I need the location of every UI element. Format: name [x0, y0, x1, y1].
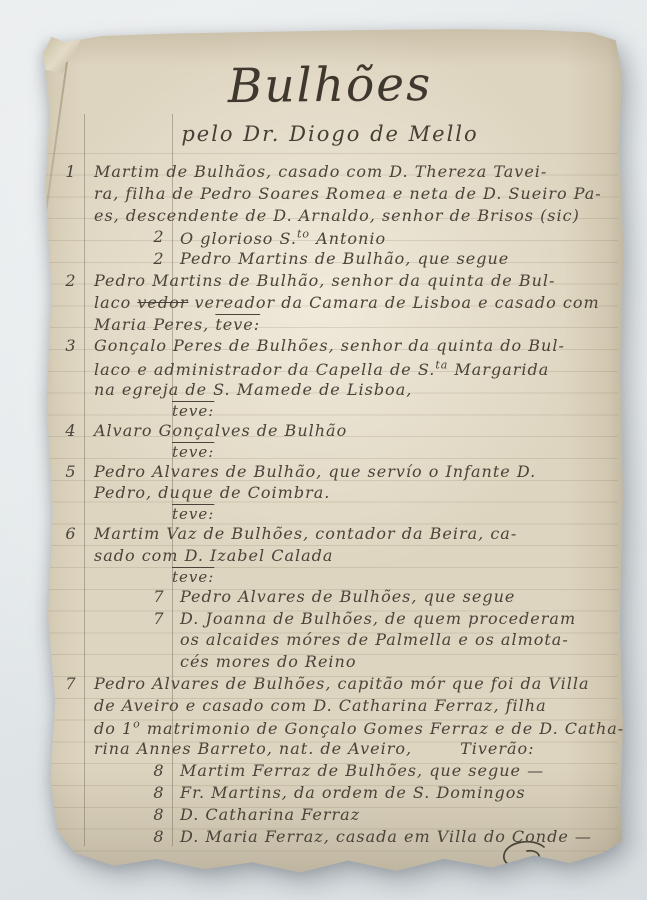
manuscript-line: de Aveiro e casado com D. Catharina Ferr…	[58, 696, 614, 718]
entry-number: 7	[146, 587, 172, 606]
entry-number: 3	[58, 336, 84, 355]
line-text: Martim de Bulhãos, casado com D. Thereza…	[94, 162, 547, 181]
photo-background: Bulhões pelo Dr. Diogo de Mello 1Martim …	[0, 0, 647, 900]
manuscript-line: 2Pedro Martins de Bulhão, senhor da quin…	[58, 271, 614, 293]
manuscript-line: 7Pedro Alvares de Bulhões, capitão mór q…	[58, 674, 614, 696]
manuscript-line: teve:	[58, 443, 614, 462]
manuscript-line: 4Alvaro Gonçalves de Bulhão	[58, 421, 614, 443]
manuscript-line: 2O glorioso S.to Antonio	[58, 227, 614, 249]
manuscript-line: 5Pedro Alvares de Bulhão, que servío o I…	[58, 462, 614, 484]
entry-number: 8	[146, 761, 172, 780]
line-text: Pedro Alvares de Bulhões, que segue	[180, 587, 515, 606]
manuscript-line: 2Pedro Martins de Bulhão, que segue	[58, 249, 614, 271]
line-text: O glorioso S.to Antonio	[180, 229, 386, 248]
page-subtitle: pelo Dr. Diogo de Mello	[30, 122, 630, 146]
line-text: es, descendente de D. Arnaldo, senhor de…	[94, 206, 580, 225]
entry-number: 2	[146, 249, 172, 268]
line-text: D. Catharina Ferraz	[180, 805, 360, 824]
manuscript-line: cés mores do Reino	[58, 652, 614, 674]
manuscript-line: 6Martim Vaz de Bulhões, contador da Beir…	[58, 524, 614, 546]
line-text: rina Annes Barreto, nat. de Aveiro,Tiver…	[94, 739, 535, 758]
manuscript-line: sado com D. Izabel Calada	[58, 546, 614, 568]
line-text: Martim Vaz de Bulhões, contador da Beira…	[94, 524, 517, 543]
manuscript-line: Pedro, duque de Coimbra.	[58, 483, 614, 505]
manuscript-line: 7Pedro Alvares de Bulhões, que segue	[58, 587, 614, 609]
line-text: de Aveiro e casado com D. Catharina Ferr…	[94, 696, 547, 715]
manuscript-line: na egreja de S. Mamede de Lisboa,	[58, 380, 614, 402]
line-text: laco vedor vereador da Camara de Lisboa …	[94, 293, 600, 312]
line-text: teve:	[172, 402, 214, 420]
page-title: Bulhões	[30, 55, 631, 116]
manuscript-line: 7D. Joanna de Bulhões, de quem procedera…	[58, 609, 614, 631]
line-text: sado com D. Izabel Calada	[94, 546, 333, 565]
line-text: os alcaides móres de Palmella e os almot…	[180, 630, 569, 649]
manuscript-line: teve:	[58, 402, 614, 421]
line-text: Pedro, duque de Coimbra.	[94, 483, 330, 502]
line-text: laco e administrador da Capella de S.ta …	[94, 360, 549, 379]
manuscript-line: 3Gonçalo Peres de Bulhões, senhor da qui…	[58, 336, 614, 358]
line-text: teve:	[172, 568, 214, 586]
manuscript-line: laco e administrador da Capella de S.ta …	[58, 358, 614, 380]
entry-number: 4	[58, 421, 84, 440]
manuscript-line: ra, filha de Pedro Soares Romea e neta d…	[58, 184, 614, 206]
line-text: Pedro Alvares de Bulhões, capitão mór qu…	[94, 674, 590, 693]
manuscript-line: 8D. Maria Ferraz, casada em Villa do Con…	[58, 827, 614, 849]
line-text: D. Joanna de Bulhões, de quem procederam	[180, 609, 576, 628]
line-text: Martim Ferraz de Bulhões, que segue —	[180, 761, 544, 780]
line-text: Pedro Martins de Bulhão, senhor da quint…	[94, 271, 555, 290]
line-text: Alvaro Gonçalves de Bulhão	[94, 421, 347, 440]
line-text: D. Maria Ferraz, casada em Villa do Cond…	[180, 827, 592, 846]
line-text: teve:	[172, 443, 214, 461]
paper-shadow-wrap: Bulhões pelo Dr. Diogo de Mello 1Martim …	[30, 24, 630, 882]
manuscript-line: 8Fr. Martins, da ordem de S. Domingos	[58, 783, 614, 805]
entry-number: 8	[146, 827, 172, 846]
manuscript-line: laco vedor vereador da Camara de Lisboa …	[58, 293, 614, 315]
manuscript-line: do 1o matrimonio de Gonçalo Gomes Ferraz…	[58, 718, 614, 740]
entry-number: 1	[58, 162, 84, 181]
manuscript-lines: 1Martim de Bulhãos, casado com D. Therez…	[58, 162, 614, 848]
entry-number: 2	[146, 227, 172, 246]
manuscript-page: Bulhões pelo Dr. Diogo de Mello 1Martim …	[30, 24, 630, 882]
entry-number: 6	[58, 524, 84, 543]
manuscript-line: es, descendente de D. Arnaldo, senhor de…	[58, 206, 614, 228]
entry-number: 8	[146, 783, 172, 802]
line-text: na egreja de S. Mamede de Lisboa,	[94, 380, 412, 399]
line-text: Fr. Martins, da ordem de S. Domingos	[180, 783, 526, 802]
line-text: do 1o matrimonio de Gonçalo Gomes Ferraz…	[94, 719, 624, 738]
line-text: Gonçalo Peres de Bulhões, senhor da quin…	[94, 336, 565, 355]
entry-number: 5	[58, 462, 84, 481]
line-text: teve:	[172, 505, 214, 523]
entry-number: 7	[146, 609, 172, 628]
line-text: ra, filha de Pedro Soares Romea e neta d…	[94, 184, 602, 203]
line-text: Maria Peres, teve:	[94, 315, 260, 334]
entry-number: 7	[58, 674, 84, 693]
manuscript-line: 1Martim de Bulhãos, casado com D. Therez…	[58, 162, 614, 184]
manuscript-line: os alcaides móres de Palmella e os almot…	[58, 630, 614, 652]
manuscript-line: teve:	[58, 568, 614, 587]
manuscript-line: 8Martim Ferraz de Bulhões, que segue —	[58, 761, 614, 783]
line-text: Pedro Martins de Bulhão, que segue	[180, 249, 509, 268]
entry-number: 2	[58, 271, 84, 290]
entry-number: 8	[146, 805, 172, 824]
manuscript-line: 8D. Catharina Ferraz	[58, 805, 614, 827]
manuscript-line: teve:	[58, 505, 614, 524]
line-text: Pedro Alvares de Bulhão, que servío o In…	[94, 462, 536, 481]
manuscript-line: rina Annes Barreto, nat. de Aveiro,Tiver…	[58, 739, 614, 761]
line-text: cés mores do Reino	[180, 652, 356, 671]
manuscript-line: Maria Peres, teve:	[58, 315, 614, 337]
